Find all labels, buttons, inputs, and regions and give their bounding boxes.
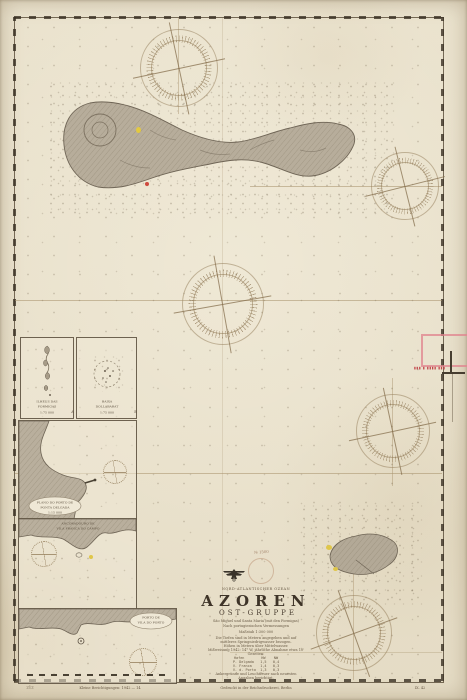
inset-soundings (89, 356, 125, 392)
chart-subtitle: OST-GRUPPE (219, 609, 297, 617)
chart-region-line: NORD-ATLANTISCHER OZEAN (222, 587, 290, 591)
pink-stamp-box (421, 334, 467, 367)
inset-cartouche-title: PONTA DELGADA (40, 506, 69, 510)
inset-title: VILA FRANCA DO CAMPO (56, 527, 99, 531)
inset-caption: FORMIGAS (38, 405, 57, 409)
inset-scale: 1:75 000 (40, 411, 54, 415)
inset-compass-rose (31, 541, 57, 567)
chart-footer-note: Angaben berichtigt. (238, 676, 273, 680)
island-sao-miguel (64, 102, 355, 188)
light-symbol-yellow (136, 127, 141, 133)
edition-date: IX. 42 (415, 686, 426, 690)
inset-compass-rose (129, 648, 157, 676)
light-symbol-yellow (89, 555, 93, 559)
margin-artifact (442, 372, 465, 374)
title-detail: Nach portugiesischen Vermessungen (223, 624, 289, 628)
inset-caption: ILHÉUS DAS (36, 400, 57, 404)
inset-vila-franca: ANCORADOURO DE VILA FRANCA DO CAMPO (18, 518, 137, 610)
island-santa-maria (330, 534, 397, 575)
margin-artifact (450, 351, 452, 373)
inset-compass-rose (103, 460, 127, 484)
inset-formigas: ILHÉUS DAS FORMIGAS 1:75 000 A (20, 337, 74, 419)
inset-index: A (71, 410, 74, 414)
title-scale: Maßstab 1:300 000 (239, 630, 274, 634)
printer-imprint: Gedruckt in der Reichsdruckerei, Berlin (220, 686, 291, 690)
light-symbol-red (145, 182, 149, 186)
corrections-note: Kleine Berichtigungen: 1942 — 14 (79, 686, 140, 690)
inset-vila-do-porto: PORTO DE VILA DO PORTO (18, 608, 177, 684)
inset-cartouche-title: PORTO DE (142, 616, 160, 620)
circular-stamp-icon (248, 558, 274, 584)
inset-dollabarat: BAIXA DOLLABARAT 1:75 000 B (76, 337, 137, 419)
inset-caption: BAIXA (101, 400, 111, 404)
inset-scale: 1:75 000 (99, 411, 113, 415)
inset-cartouche-title: VILA DO PORTO (138, 621, 165, 625)
eagle-emblem-icon (222, 568, 246, 582)
light-symbol-yellow (333, 567, 338, 571)
chart-sheet: ILHÉUS DAS FORMIGAS 1:75 000 A BAIXA DOL… (0, 0, 467, 700)
inset-index: B (134, 410, 137, 414)
red-stamp-text: ▮▮▮ ▮ ▮▮▮▮ ▮▮▮ (414, 366, 446, 370)
inset-caption: DOLLABARAT (95, 405, 118, 409)
inset-scale-bar (27, 674, 168, 676)
light-symbol-yellow (326, 545, 332, 550)
title-detail: São Miguel und Santa Maria (mit den Form… (213, 619, 299, 623)
inset-title: ANCORADOURO DE (61, 522, 94, 526)
inset-ponta-delgada: PLANO DO PORTO DE PONTA DELGADA 1:15 000 (18, 420, 137, 520)
inset-scale: 1:15 000 (48, 511, 62, 515)
inset-soundings (23, 340, 71, 400)
plate-number: 212 (26, 685, 33, 689)
chart-title: AZOREN (201, 592, 310, 610)
margin-artifact (452, 374, 453, 422)
inset-cartouche-title: PLANO DO PORTO DE (37, 501, 73, 505)
